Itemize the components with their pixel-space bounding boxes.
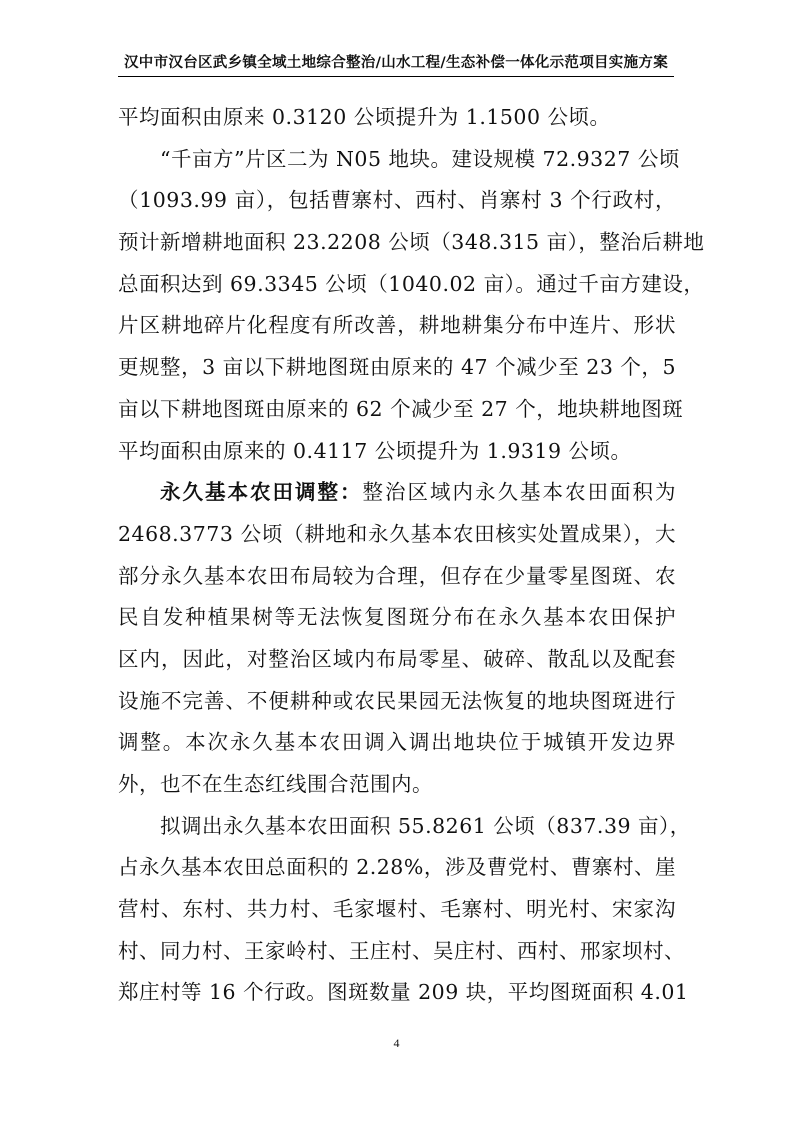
text-line: 亩以下耕地图斑由原来的 62 个减少至 27 个，地块耕地图斑 xyxy=(118,389,676,431)
text-line: 外，也不在生态红线围合范围内。 xyxy=(118,764,676,806)
text-line: 总面积达到 69.3345 公顷（1040.02 亩）。通过千亩方建设， xyxy=(118,264,676,306)
text-line: 区内，因此，对整治区域内布局零星、破碎、散乱以及配套 xyxy=(118,639,676,681)
text-line: 村、同力村、王家岭村、王庄村、吴庄村、西村、邢家坝村、 xyxy=(118,931,676,973)
text-line: 调整。本次永久基本农田调入调出地块位于城镇开发边界 xyxy=(118,722,676,764)
text-line: 拟调出永久基本农田面积 55.8261 公顷（837.39 亩）， xyxy=(118,806,676,848)
text-line: 营村、东村、共力村、毛家堰村、毛寨村、明光村、宋家沟 xyxy=(118,889,676,931)
text-line: 平均面积由原来的 0.4117 公顷提升为 1.9319 公顷。 xyxy=(118,431,676,473)
text-span: 整治区域内永久基本农田面积为 xyxy=(363,480,677,504)
text-line: 部分永久基本农田布局较为合理，但存在少量零星图斑、农 xyxy=(118,556,676,598)
text-line: 更规整，3 亩以下耕地图斑由原来的 47 个减少至 23 个，5 xyxy=(118,347,676,389)
text-line: 占永久基本农田总面积的 2.28%，涉及曹党村、曹寨村、崖 xyxy=(118,847,676,889)
text-line: 平均面积由原来 0.3120 公顷提升为 1.1500 公顷。 xyxy=(118,97,676,139)
document-title: 汉中市汉台区武乡镇全域土地综合整治/山水工程/生态补偿一体化示范项目实施方案 xyxy=(124,55,668,71)
text-line: （1093.99 亩），包括曹寨村、西村、肖寨村 3 个行政村， xyxy=(118,180,676,222)
document-body: 平均面积由原来 0.3120 公顷提升为 1.1500 公顷。 “千亩方”片区二… xyxy=(118,97,676,1014)
section-heading-line: 永久基本农田调整：整治区域内永久基本农田面积为 xyxy=(118,472,676,514)
section-heading: 永久基本农田调整： xyxy=(160,480,363,504)
text-line: 片区耕地碎片化程度有所改善，耕地耕集分布中连片、形状 xyxy=(118,305,676,347)
text-line: 2468.3773 公顷（耕地和永久基本农田核实处置成果），大 xyxy=(118,514,676,556)
text-line: 民自发种植果树等无法恢复图斑分布在永久基本农田保护 xyxy=(118,597,676,639)
page-number: 4 xyxy=(0,1036,793,1051)
text-line: 设施不完善、不便耕种或农民果园无法恢复的地块图斑进行 xyxy=(118,681,676,723)
running-header: 汉中市汉台区武乡镇全域土地综合整治/山水工程/生态补偿一体化示范项目实施方案 xyxy=(118,52,674,77)
text-line: 预计新增耕地面积 23.2208 公顷（348.315 亩），整治后耕地 xyxy=(118,222,676,264)
text-line: “千亩方”片区二为 N05 地块。建设规模 72.9327 公顷 xyxy=(118,139,676,181)
text-line: 郑庄村等 16 个行政。图斑数量 209 块，平均图斑面积 4.01 xyxy=(118,972,676,1014)
